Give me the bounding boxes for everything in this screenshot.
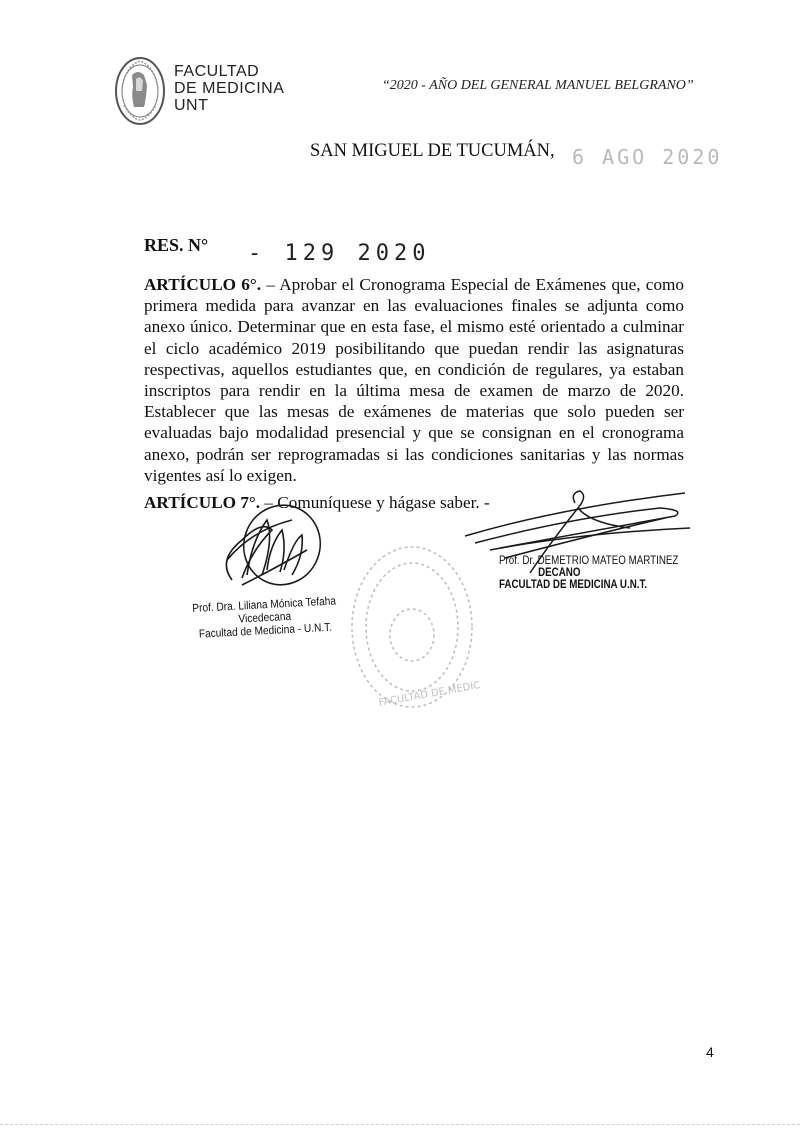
document-body: ARTÍCULO 6°. – Aprobar el Cronograma Esp… (144, 274, 684, 513)
institution-line-2: DE MEDICINA (174, 80, 284, 97)
article-6-text: – Aprobar el Cronograma Especial de Exám… (144, 275, 684, 485)
article-6: ARTÍCULO 6°. – Aprobar el Cronograma Esp… (144, 274, 684, 486)
scan-edge-line (0, 1124, 800, 1126)
article-6-heading: ARTÍCULO 6°. (144, 275, 261, 294)
dean-institution: FACULTAD DE MEDICINA U.N.T. (499, 579, 678, 591)
resolution-number: - 129 2020 (248, 241, 430, 266)
resolution-label: RES. N° (144, 235, 208, 256)
vicedean-signature-block: Prof. Dra. Liliana Mónica Tefaha Vicedec… (192, 595, 338, 641)
institution-name: FACULTAD DE MEDICINA UNT (174, 63, 284, 114)
dean-signature-block: Prof. Dr. DEMETRIO MATEO MARTINEZ DECANO… (499, 555, 678, 591)
header-motto: “2020 - AÑO DEL GENERAL MANUEL BELGRANO” (382, 78, 694, 94)
date-stamp: 6 AGO 2020 (572, 145, 722, 169)
institution-line-1: FACULTAD (174, 63, 284, 80)
dean-role: DECANO (499, 567, 678, 579)
dean-name: Prof. Dr. DEMETRIO MATEO MARTINEZ (499, 555, 678, 567)
page-number: 4 (706, 1044, 714, 1060)
vicedean-signature (212, 500, 332, 595)
university-seal-icon (114, 55, 166, 127)
place-line: SAN MIGUEL DE TUCUMÁN, (310, 141, 555, 162)
faculty-stamp-seal: FACULTAD DE MEDICINA (340, 535, 480, 715)
institution-line-3: UNT (174, 97, 284, 114)
